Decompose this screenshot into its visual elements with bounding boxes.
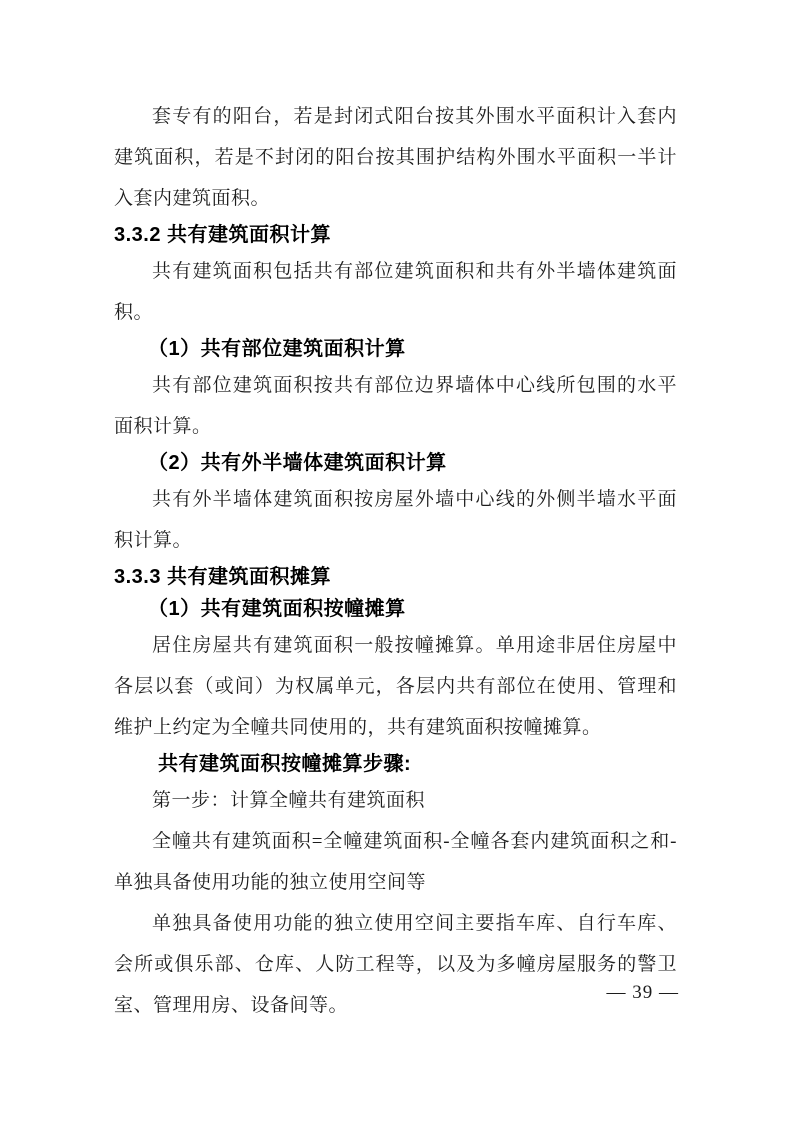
sub-heading-shared-parts-calc: （1）共有部位建筑面积计算 (114, 333, 677, 365)
section-heading-3-3-3: 3.3.3 共有建筑面积摊算 (114, 561, 677, 593)
section-heading-3-3-2: 3.3.2 共有建筑面积计算 (114, 219, 677, 251)
paragraph-step-one: 第一步：计算全幢共有建筑面积 (114, 780, 677, 821)
sub-heading-outer-half-wall-calc: （2）共有外半墙体建筑面积计算 (114, 447, 677, 479)
paragraph-balcony-area: 套专有的阳台，若是封闭式阳台按其外围水平面积计入套内建筑面积，若是不封闭的阳台按… (114, 96, 677, 219)
steps-heading-allocation: 共有建筑面积按幢摊算步骤: (114, 748, 677, 780)
document-page: 套专有的阳台，若是封闭式阳台按其外围水平面积计入套内建筑面积，若是不封闭的阳台按… (0, 0, 793, 1122)
page-number: — 39 — (607, 982, 680, 1004)
paragraph-independent-spaces: 单独具备使用功能的独立使用空间主要指车库、自行车库、会所或俱乐部、仓库、人防工程… (114, 903, 677, 1026)
document-content: 套专有的阳台，若是封闭式阳台按其外围水平面积计入套内建筑面积，若是不封闭的阳台按… (114, 96, 677, 1026)
paragraph-allocation-by-building-rule: 居住房屋共有建筑面积一般按幢摊算。单用途非居住房屋中各层以套（或间）为权属单元，… (114, 625, 677, 748)
paragraph-formula: 全幢共有建筑面积=全幢建筑面积-全幢各套内建筑面积之和-单独具备使用功能的独立使… (114, 821, 677, 903)
paragraph-outer-half-wall-rule: 共有外半墙体建筑面积按房屋外墙中心线的外侧半墙水平面积计算。 (114, 479, 677, 561)
paragraph-shared-parts-rule: 共有部位建筑面积按共有部位边界墙体中心线所包围的水平面积计算。 (114, 365, 677, 447)
paragraph-shared-area-scope: 共有建筑面积包括共有部位建筑面积和共有外半墙体建筑面积。 (114, 251, 677, 333)
sub-heading-allocation-by-building: （1）共有建筑面积按幢摊算 (114, 593, 677, 625)
